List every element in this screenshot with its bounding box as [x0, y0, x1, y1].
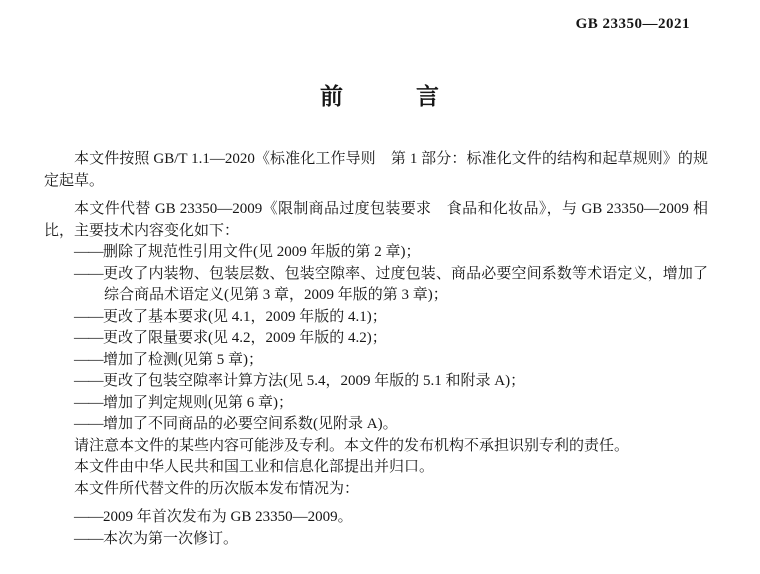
list-dash: —— — [74, 531, 103, 547]
list-dash: —— — [74, 373, 103, 389]
foreword-body: 本文件按照 GB/T 1.1—2020《标准化工作导则 第 1 部分：标准化文件… — [44, 149, 708, 550]
paragraph: 本文件所代替文件的历次版本发布情况为： — [44, 479, 708, 501]
list-text: 更改了限量要求(见 4.2，2009 年版的 4.2)； — [103, 330, 387, 346]
list-text: 增加了判定规则(见第 6 章)； — [103, 395, 293, 411]
list-item: ——更改了基本要求(见 4.1，2009 年版的 4.1)； — [44, 307, 708, 329]
list-text: 更改了基本要求(见 4.1，2009 年版的 4.1)； — [103, 309, 387, 325]
list-text: 增加了不同商品的必要空间系数(见附录 A)。 — [103, 416, 398, 432]
list-text: 增加了检测(见第 5 章)； — [103, 352, 263, 368]
list-text: 2009 年首次发布为 GB 23350—2009。 — [103, 509, 353, 525]
list-dash: —— — [74, 309, 103, 325]
paragraph: 本文件代替 GB 23350—2009《限制商品过度包装要求 食品和化妆品》，与… — [44, 199, 708, 242]
list-item: ——删除了规范性引用文件(见 2009 年版的第 2 章)； — [44, 242, 708, 264]
list-dash: —— — [74, 352, 103, 368]
list-text: 更改了包装空隙率计算方法(见 5.4，2009 年版的 5.1 和附录 A)； — [103, 373, 525, 389]
list-item: ——增加了不同商品的必要空间系数(见附录 A)。 — [44, 414, 708, 436]
list-text: 本次为第一次修订。 — [103, 531, 238, 547]
list-item: ——更改了内装物、包装层数、包装空隙率、过度包装、商品必要空间系数等术语定义，增… — [44, 264, 708, 307]
list-dash: —— — [74, 395, 103, 411]
list-dash: —— — [74, 266, 103, 282]
standard-number: GB 23350—2021 — [576, 16, 690, 33]
list-item: ——2009 年首次发布为 GB 23350—2009。 — [44, 507, 708, 529]
list-text: 更改了内装物、包装层数、包装空隙率、过度包装、商品必要空间系数等术语定义，增加了… — [103, 266, 708, 304]
list-dash: —— — [74, 244, 103, 260]
list-item: ——本次为第一次修订。 — [44, 529, 708, 551]
list-dash: —— — [74, 509, 103, 525]
list-item: ——更改了限量要求(见 4.2，2009 年版的 4.2)； — [44, 328, 708, 350]
paragraph: 本文件按照 GB/T 1.1—2020《标准化工作导则 第 1 部分：标准化文件… — [44, 149, 708, 192]
paragraph: 本文件由中华人民共和国工业和信息化部提出并归口。 — [44, 457, 708, 479]
paragraph: 请注意本文件的某些内容可能涉及专利。本文件的发布机构不承担识别专利的责任。 — [44, 436, 708, 458]
document-page: GB 23350—2021 前 言 本文件按照 GB/T 1.1—2020《标准… — [0, 0, 760, 574]
list-text: 删除了规范性引用文件(见 2009 年版的第 2 章)； — [103, 244, 421, 260]
list-item: ——增加了检测(见第 5 章)； — [44, 350, 708, 372]
list-dash: —— — [74, 416, 103, 432]
list-item: ——更改了包装空隙率计算方法(见 5.4，2009 年版的 5.1 和附录 A)… — [44, 371, 708, 393]
list-dash: —— — [74, 330, 103, 346]
list-item: ——增加了判定规则(见第 6 章)； — [44, 393, 708, 415]
